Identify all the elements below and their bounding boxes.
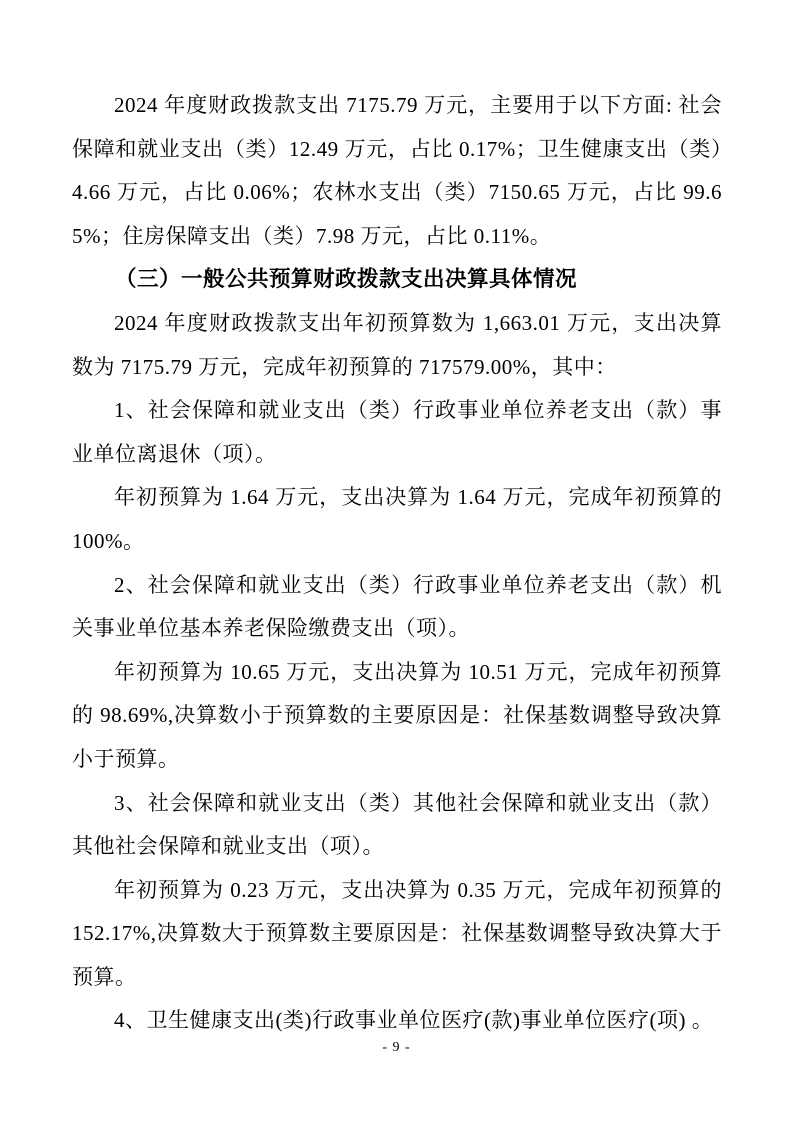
document-page: 2024 年度财政拨款支出 7175.79 万元，主要用于以下方面: 社会保障和… (0, 0, 793, 1122)
paragraph-item-4-title: 4、卫生健康支出(类)行政事业单位医疗(款)事业单位医疗(项) 。 (72, 999, 722, 1043)
paragraph-budget-vs-final: 2024 年度财政拨款支出年初预算数为 1,663.01 万元，支出决算数为 7… (72, 302, 722, 389)
page-number: - 9 - (0, 1038, 793, 1058)
paragraph-item-2-detail: 年初预算为 10.65 万元，支出决算为 10.51 万元，完成年初预算的 98… (72, 651, 722, 782)
paragraph-item-3-title: 3、社会保障和就业支出（类）其他社会保障和就业支出（款）其他社会保障和就业支出（… (72, 782, 722, 869)
document-body: 2024 年度财政拨款支出 7175.79 万元，主要用于以下方面: 社会保障和… (72, 84, 722, 1043)
section-heading-3: （三）一般公共预算财政拨款支出决算具体情况 (72, 258, 722, 302)
paragraph-item-1-detail: 年初预算为 1.64 万元，支出决算为 1.64 万元，完成年初预算的 100%… (72, 476, 722, 563)
paragraph-item-3-detail: 年初预算为 0.23 万元，支出决算为 0.35 万元，完成年初预算的 152.… (72, 869, 722, 1000)
paragraph-item-2-title: 2、社会保障和就业支出（类）行政事业单位养老支出（款）机关事业单位基本养老保险缴… (72, 564, 722, 651)
paragraph-expenditure-overview: 2024 年度财政拨款支出 7175.79 万元，主要用于以下方面: 社会保障和… (72, 84, 722, 258)
paragraph-item-1-title: 1、社会保障和就业支出（类）行政事业单位养老支出（款）事业单位离退休（项）。 (72, 389, 722, 476)
